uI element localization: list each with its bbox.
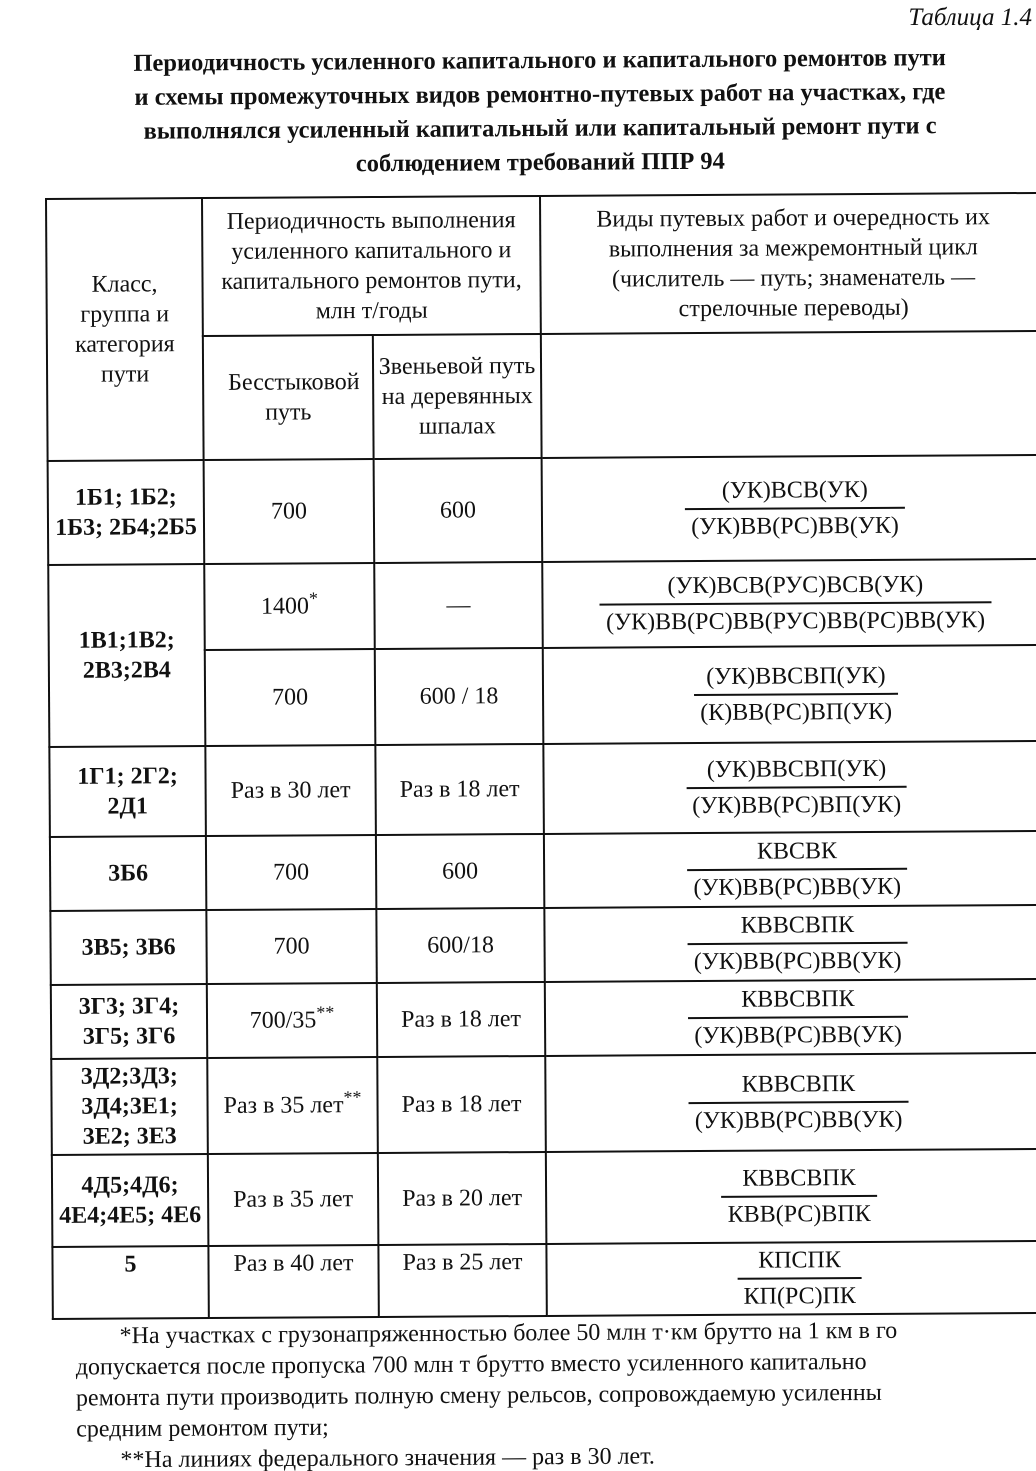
works-cell: (УК)ВСВ(УК)(УК)ВВ(РС)ВВ(УК) <box>542 455 1036 562</box>
header-works: Виды путевых работ и очередность их выпо… <box>540 193 1036 334</box>
track-works: КВВСВПК <box>688 984 908 1019</box>
works-cell: КВВСВПК(УК)ВВ(РС)ВВ(УК) <box>545 1053 1036 1152</box>
jointed-cell: Раз в 18 лет <box>377 982 545 1057</box>
class-cell: 1В1;1В2; 2В3;2В4 <box>48 564 205 747</box>
footnote-mark: ** <box>316 1002 334 1022</box>
switch-works: (УК)ВВ(РС)ВВ(РУС)ВВ(РС)ВВ(УК) <box>600 603 991 637</box>
table-row: 5Раз в 40 летРаз в 25 летКПСПККП(РС)ПК <box>52 1241 1036 1319</box>
footnote-line: *На участках с грузонапряженностью более… <box>75 1315 1036 1353</box>
jointed-cell: 600 <box>376 834 544 909</box>
switch-works: (УК)ВВ(РС)ВВ(УК) <box>687 870 907 903</box>
jointless-value: 700 <box>273 933 309 959</box>
switch-works: (УК)ВВ(РС)ВП(УК) <box>686 788 907 821</box>
jointless-value: 700 <box>273 859 309 885</box>
works-fraction: КВВСВПК(УК)ВВ(РС)ВВ(УК) <box>689 1069 909 1136</box>
footnotes: *На участках с грузонапряженностью более… <box>75 1315 1036 1471</box>
jointless-cell: Раз в 35 лет** <box>207 1057 378 1154</box>
works-fraction: КВСВК(УК)ВВ(РС)ВВ(УК) <box>687 836 907 903</box>
table-row: 1В1;1В2; 2В3;2В41400*—(УК)ВСВ(РУС)ВСВ(УК… <box>48 559 1036 651</box>
track-works: (УК)ВСВ(УК) <box>685 475 905 510</box>
class-cell: 1Г1; 2Г2; 2Д1 <box>49 746 206 837</box>
class-cell: 3В5; 3В6 <box>50 910 206 985</box>
jointless-cell: 700 <box>204 459 375 564</box>
works-fraction: КВВСВПККВВ(РС)ВПК <box>721 1163 876 1230</box>
works-cell: (УК)ВВСВП(УК)(К)ВВ(РС)ВП(УК) <box>543 645 1036 744</box>
header-jointed: Звеньевой путь на деревянных шпалах <box>373 334 542 459</box>
works-fraction: КПСПККП(РС)ПК <box>737 1245 862 1312</box>
jointless-value: Раз в 40 лет <box>233 1250 353 1277</box>
jointless-value: 1400 <box>261 593 309 619</box>
jointed-cell: 600 <box>374 458 543 563</box>
works-cell: (УК)ВСВ(РУС)ВСВ(УК)(УК)ВВ(РС)ВВ(РУС)ВВ(Р… <box>542 559 1036 648</box>
table-row: 3Г3; 3Г4; 3Г5; 3Г6700/35**Раз в 18 летКВ… <box>51 979 1036 1059</box>
track-works: (УК)ВВСВП(УК) <box>694 661 898 696</box>
switch-works: (УК)ВВ(РС)ВВ(УК) <box>688 944 908 977</box>
works-fraction: (УК)ВСВ(УК)(УК)ВВ(РС)ВВ(УК) <box>685 475 905 542</box>
jointless-cell: 700 <box>206 835 376 910</box>
switch-works: (УК)ВВ(РС)ВВ(УК) <box>689 1103 909 1136</box>
footnote-mark: ** <box>343 1087 361 1107</box>
table-row: 4Д5;4Д6; 4Е4;4Е5; 4Е6Раз в 35 летРаз в 2… <box>52 1149 1036 1247</box>
switch-works: (УК)ВВ(РС)ВВ(УК) <box>685 509 905 542</box>
table-caption: Таблица 1.4 <box>908 4 1032 32</box>
header-periodicity: Периодичность выполнения усиленного капи… <box>202 196 541 336</box>
jointless-value: 700 <box>272 684 308 710</box>
class-cell: 3Б6 <box>50 836 206 911</box>
track-works: КВСВК <box>687 836 907 871</box>
jointless-cell: 700 <box>205 649 376 746</box>
header-class: Класс, группа и категория пути <box>46 198 204 461</box>
works-fraction: (УК)ВВСВП(УК)(К)ВВ(РС)ВП(УК) <box>694 661 898 728</box>
works-fraction: (УК)ВВСВП(УК)(УК)ВВ(РС)ВП(УК) <box>686 754 907 821</box>
jointed-cell: Раз в 25 лет <box>378 1244 546 1317</box>
switch-works: (К)ВВ(РС)ВП(УК) <box>694 695 898 728</box>
track-works: КПСПК <box>737 1245 862 1280</box>
table-row: 1Г1; 2Г2; 2Д1Раз в 30 летРаз в 18 лет(УК… <box>49 741 1036 837</box>
class-cell: 5 <box>52 1246 208 1319</box>
class-cell: 1Б1; 1Б2; 1Б3; 2Б4;2Б5 <box>48 460 205 565</box>
jointed-cell: Раз в 20 лет <box>378 1152 547 1245</box>
jointed-cell: Раз в 18 лет <box>375 744 544 835</box>
jointless-value: 700/35 <box>250 1007 317 1033</box>
header-works-empty <box>541 331 1036 458</box>
jointless-value: 700 <box>271 498 307 524</box>
table-row: 3Д2;3Д3; 3Д4;3Е1; 3Е2; 3Е3Раз в 35 лет**… <box>51 1053 1036 1155</box>
works-cell: (УК)ВВСВП(УК)(УК)ВВ(РС)ВП(УК) <box>543 741 1036 834</box>
header-jointless: Бесстыковой путь <box>203 335 374 460</box>
jointless-cell: Раз в 40 лет <box>208 1245 378 1318</box>
title-line: соблюдением требований ППР 94 <box>60 143 1020 184</box>
track-works: (УК)ВСВ(РУС)ВСВ(УК) <box>600 569 991 605</box>
jointed-cell: — <box>374 562 543 649</box>
track-works: КВВСВПК <box>721 1163 876 1198</box>
works-cell: КПСПККП(РС)ПК <box>546 1241 1036 1316</box>
works-cell: КВВСВПК(УК)ВВ(РС)ВВ(УК) <box>545 979 1036 1056</box>
jointless-cell: 700 <box>206 909 376 984</box>
jointed-cell: 600/18 <box>376 908 544 983</box>
jointless-cell: 1400* <box>204 563 375 650</box>
jointless-cell: Раз в 35 лет <box>208 1153 379 1246</box>
class-cell: 4Д5;4Д6; 4Е4;4Е5; 4Е6 <box>52 1154 209 1247</box>
table-row: 3Б6700600КВСВК(УК)ВВ(РС)ВВ(УК) <box>50 831 1036 911</box>
table-title: Периодичность усиленного капитального и … <box>60 41 1021 184</box>
jointless-value: Раз в 35 лет <box>233 1186 353 1213</box>
track-works: КВВСВПК <box>689 1069 909 1104</box>
track-works: (УК)ВВСВП(УК) <box>686 754 907 789</box>
jointless-value: Раз в 30 лет <box>231 777 351 804</box>
switch-works: КП(РС)ПК <box>737 1279 862 1312</box>
switch-works: (УК)ВВ(РС)ВВ(УК) <box>688 1018 908 1051</box>
jointless-cell: Раз в 30 лет <box>205 745 376 836</box>
works-cell: КВВСВПККВВ(РС)ВПК <box>546 1149 1036 1244</box>
jointed-cell: Раз в 18 лет <box>377 1056 546 1153</box>
class-cell: 3Д2;3Д3; 3Д4;3Е1; 3Е2; 3Е3 <box>51 1058 208 1155</box>
footnote-mark: * <box>309 588 318 608</box>
works-fraction: КВВСВПК(УК)ВВ(РС)ВВ(УК) <box>688 984 908 1051</box>
switch-works: КВВ(РС)ВПК <box>722 1197 877 1230</box>
works-fraction: КВВСВПК(УК)ВВ(РС)ВВ(УК) <box>688 910 908 977</box>
works-cell: КВСВК(УК)ВВ(РС)ВВ(УК) <box>544 831 1036 908</box>
works-fraction: (УК)ВСВ(РУС)ВСВ(УК)(УК)ВВ(РС)ВВ(РУС)ВВ(Р… <box>600 569 991 637</box>
class-cell: 3Г3; 3Г4; 3Г5; 3Г6 <box>51 984 207 1059</box>
table-body: 1Б1; 1Б2; 1Б3; 2Б4;2Б5700600(УК)ВСВ(УК)(… <box>48 455 1036 1319</box>
table-row: 3В5; 3В6700600/18КВВСВПК(УК)ВВ(РС)ВВ(УК) <box>50 905 1036 985</box>
title-line: выполнялся усиленный капитальный или кап… <box>60 109 1020 150</box>
table-row: 1Б1; 1Б2; 1Б3; 2Б4;2Б5700600(УК)ВСВ(УК)(… <box>48 455 1036 565</box>
jointless-cell: 700/35** <box>207 983 377 1058</box>
jointed-cell: 600 / 18 <box>375 648 544 745</box>
jointless-value: Раз в 35 лет <box>224 1092 344 1119</box>
track-works: КВВСВПК <box>688 910 908 945</box>
repair-periodicity-table: Класс, группа и категория пути Периодичн… <box>45 192 1036 1320</box>
works-cell: КВВСВПК(УК)ВВ(РС)ВВ(УК) <box>544 905 1036 982</box>
